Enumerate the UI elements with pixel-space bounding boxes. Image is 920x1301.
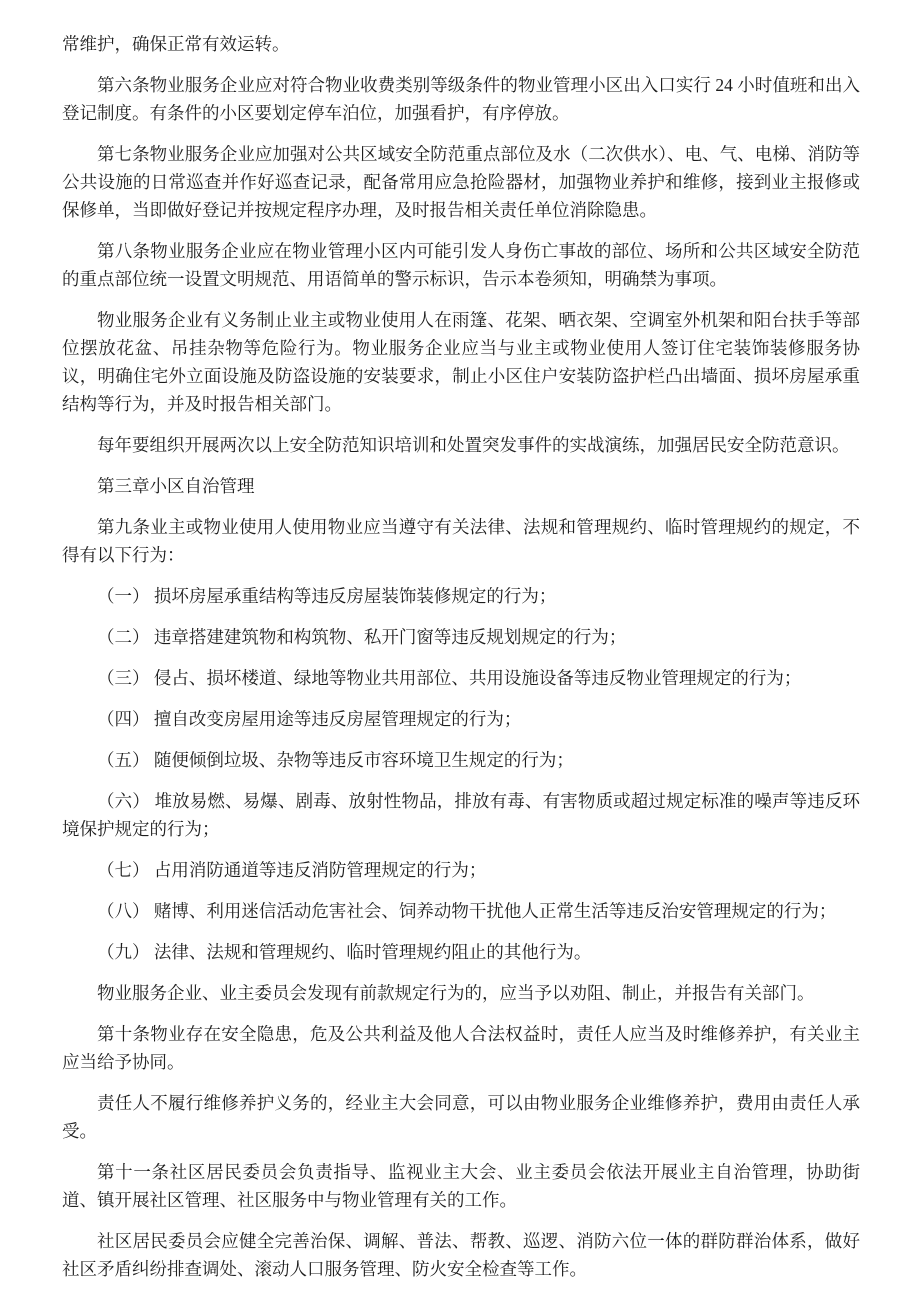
paragraph: 物业服务企业有义务制止业主或物业使用人在雨篷、花架、晒衣架、空调室外机架和阳台扶… [62,306,860,418]
paragraph: （六） 堆放易燃、易爆、剧毒、放射性物品，排放有毒、有害物质或超过规定标准的噪声… [62,787,860,843]
paragraph: 第十条物业存在安全隐患，危及公共利益及他人合法权益时，责任人应当及时维修养护，有… [62,1020,860,1076]
paragraph: 第十一条社区居民委员会负责指导、监视业主大会、业主委员会依法开展业主自治管理，协… [62,1158,860,1214]
paragraph: 第六条物业服务企业应对符合物业收费类别等级条件的物业管理小区出入口实行 24 小… [62,71,860,127]
paragraph: 社区居民委员会应健全完善治保、调解、普法、帮教、巡逻、消防六位一体的群防群治体系… [62,1227,860,1283]
paragraph: 每年要组织开展两次以上安全防范知识培训和处置突发事件的实战演练，加强居民安全防范… [62,431,860,459]
paragraph: （三） 侵占、损坏楼道、绿地等物业共用部位、共用设施设备等违反物业管理规定的行为… [62,664,860,692]
paragraph: 第八条物业服务企业应在物业管理小区内可能引发人身伤亡事故的部位、场所和公共区域安… [62,237,860,293]
document-page: 常维护，确保正常有效运转。第六条物业服务企业应对符合物业收费类别等级条件的物业管… [0,0,920,1301]
paragraph: （八） 赌博、利用迷信活动危害社会、饲养动物干扰他人正常生活等违反治安管理规定的… [62,897,860,925]
paragraph: 物业服务企业、业主委员会发现有前款规定行为的，应当予以劝阻、制止，并报告有关部门… [62,979,860,1007]
paragraph: （五） 随便倾倒垃圾、杂物等违反市容环境卫生规定的行为； [62,746,860,774]
paragraph: 常维护，确保正常有效运转。 [62,30,860,58]
paragraph: 第七条物业服务企业应加强对公共区域安全防范重点部位及水（二次供水）、电、气、电梯… [62,140,860,224]
document-content: 常维护，确保正常有效运转。第六条物业服务企业应对符合物业收费类别等级条件的物业管… [62,30,860,1283]
paragraph: （一） 损坏房屋承重结构等违反房屋装饰装修规定的行为； [62,582,860,610]
paragraph: 责任人不履行维修养护义务的，经业主大会同意，可以由物业服务企业维修养护，费用由责… [62,1089,860,1145]
paragraph: （九） 法律、法规和管理规约、临时管理规约阻止的其他行为。 [62,938,860,966]
paragraph: （二） 违章搭建建筑物和构筑物、私开门窗等违反规划规定的行为； [62,623,860,651]
paragraph: 第三章小区自治管理 [62,472,860,500]
paragraph: （七） 占用消防通道等违反消防管理规定的行为； [62,856,860,884]
paragraph: （四） 擅自改变房屋用途等违反房屋管理规定的行为； [62,705,860,733]
paragraph: 第九条业主或物业使用人使用物业应当遵守有关法律、法规和管理规约、临时管理规约的规… [62,513,860,569]
